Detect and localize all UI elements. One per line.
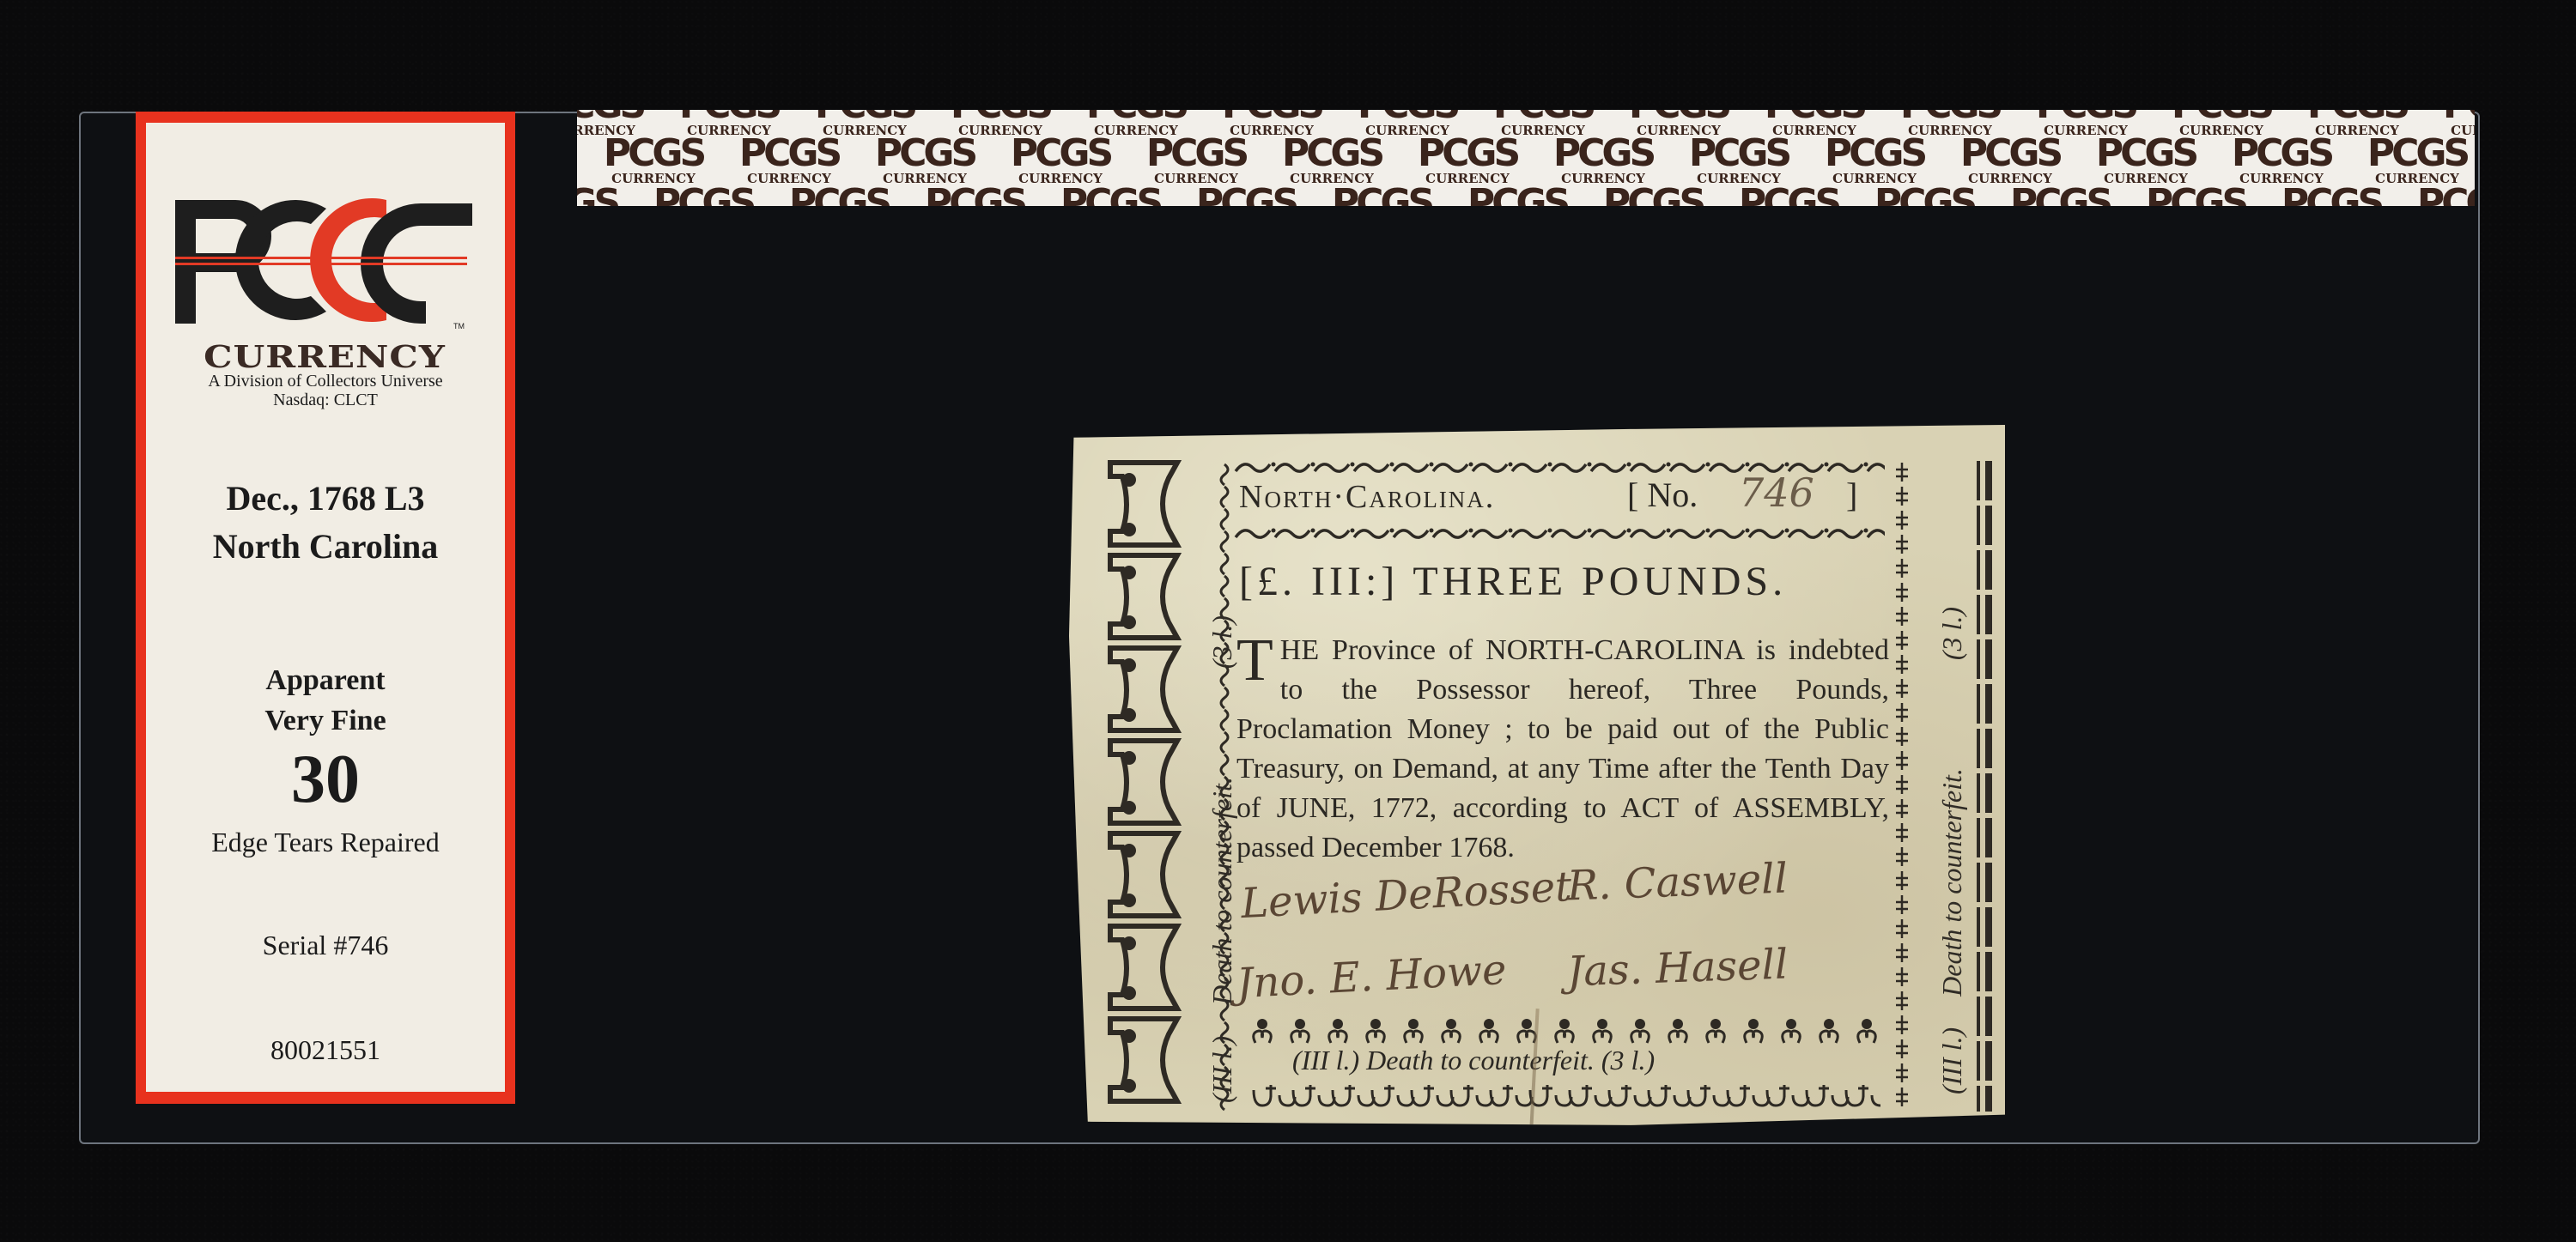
- note-number-label: [ No.: [1627, 475, 1698, 515]
- strip-logo: PCGSCURRENCY: [1671, 136, 1807, 185]
- trademark-mark: TM: [453, 322, 465, 330]
- strip-logo: PCGSCURRENCY: [1942, 136, 2078, 185]
- strip-logo: PCGSCURRENCY: [771, 185, 907, 206]
- strip-logo: PCGSCURRENCY: [1856, 185, 1992, 206]
- province-heading: North·Carolina.: [1239, 478, 1495, 516]
- bottom-fleur-border-icon: [1245, 1081, 1880, 1109]
- strip-logo: PCGSCURRENCY: [2214, 136, 2349, 185]
- pcgs-logo-icon: [172, 191, 477, 329]
- strip-logo: PCGSCURRENCY: [721, 136, 857, 185]
- strip-logo: PCGSCURRENCY: [1178, 185, 1314, 206]
- logo-wordmark: CURRENCY: [165, 339, 484, 375]
- strip-logo: PCGSCURRENCY: [2399, 185, 2475, 206]
- note-body-text: T HE Province of NORTH-CAROLINA is indeb…: [1236, 631, 1889, 868]
- denomination: [£. III:] THREE POUNDS.: [1239, 558, 1787, 605]
- strip-logo: PCGSCURRENCY: [2263, 185, 2399, 206]
- strip-logo: PCGSCURRENCY: [1449, 185, 1585, 206]
- rule-border-icon: [1975, 459, 1994, 1112]
- strip-logo: PCGSCURRENCY: [1992, 185, 2128, 206]
- division-text: A Division of Collectors Universe: [146, 372, 505, 391]
- strip-logo: PCGSCURRENCY: [1314, 185, 1449, 206]
- grade-remark: Edge Tears Repaired: [146, 825, 505, 859]
- strip-logo: PCGSCURRENCY: [586, 136, 721, 185]
- right-border-text: (III l.) Death to counterfeit. (3 l.): [1936, 607, 1968, 1094]
- strip-logo: PCGSCURRENCY: [2128, 185, 2263, 206]
- strip-logo: PCGSCURRENCY: [1128, 136, 1264, 185]
- bottom-border-text: (III l.) Death to counterfeit. (3 l.): [1292, 1045, 1655, 1076]
- bottom-flower-border-icon: [1245, 1017, 1880, 1046]
- note-number-bracket: ]: [1846, 475, 1857, 515]
- strip-logo: PCGSCURRENCY: [907, 185, 1042, 206]
- strip-logo: PCGSCURRENCY: [2349, 136, 2475, 185]
- strip-logo: PCGSCURRENCY: [1042, 185, 1178, 206]
- strip-logo: PCGSCURRENCY: [1400, 136, 1535, 185]
- signature: R. Caswell: [1566, 855, 1789, 911]
- certification-number: 80021551: [146, 1033, 505, 1067]
- grading-label: TM CURRENCY A Division of Collectors Uni…: [136, 112, 515, 1104]
- grade-number: 30: [146, 741, 505, 818]
- strip-logo: PCGSCURRENCY: [577, 185, 635, 206]
- left-ornament-border-icon: [1103, 459, 1185, 1112]
- left-border-text: (III l.) Death to counterfeit. (3 l.): [1206, 615, 1238, 1103]
- strip-logo: PCGSCURRENCY: [2078, 136, 2214, 185]
- colonial-banknote: (III l.) Death to counterfeit. (3 l.) (I…: [1069, 425, 2005, 1129]
- strip-row: PCGSCURRENCYPCGSCURRENCYPCGSCURRENCYPCGS…: [586, 136, 2475, 187]
- drop-cap: T: [1236, 634, 1273, 688]
- strip-logo: PCGSCURRENCY: [1807, 136, 1942, 185]
- strip-logo: PCGSCURRENCY: [1264, 136, 1400, 185]
- signature: Lewis DeRosset: [1240, 863, 1573, 928]
- strip-logo: PCGSCURRENCY: [857, 136, 993, 185]
- strip-logo: PCGSCURRENCY: [1535, 136, 1671, 185]
- strip-logo: PCGSCURRENCY: [1585, 185, 1721, 206]
- cross-border-icon: [1893, 459, 1911, 1112]
- signature: Jno. E. Howe: [1236, 946, 1508, 1008]
- pcgs-repeating-strip: PCGSCURRENCYPCGSCURRENCYPCGSCURRENCYPCGS…: [577, 110, 2475, 206]
- note-title-date: Dec., 1768 L3: [146, 477, 505, 520]
- grade-name: Very Fine: [146, 702, 505, 740]
- nasdaq-text: Nasdaq: CLCT: [146, 391, 505, 409]
- grade-qualifier: Apparent: [146, 662, 505, 700]
- strip-logo: PCGSCURRENCY: [993, 136, 1128, 185]
- note-number-value: 746: [1739, 470, 1814, 516]
- strip-logo: PCGSCURRENCY: [635, 185, 771, 206]
- scroll-border-icon: [1232, 524, 1885, 544]
- signature: Jas. Hasell: [1566, 941, 1789, 997]
- serial-number: Serial #746: [146, 928, 505, 962]
- strip-logo: PCGSCURRENCY: [1721, 185, 1856, 206]
- note-title-state: North Carolina: [146, 525, 505, 568]
- strip-row: PCGSCURRENCYPCGSCURRENCYPCGSCURRENCYPCGS…: [577, 185, 2475, 206]
